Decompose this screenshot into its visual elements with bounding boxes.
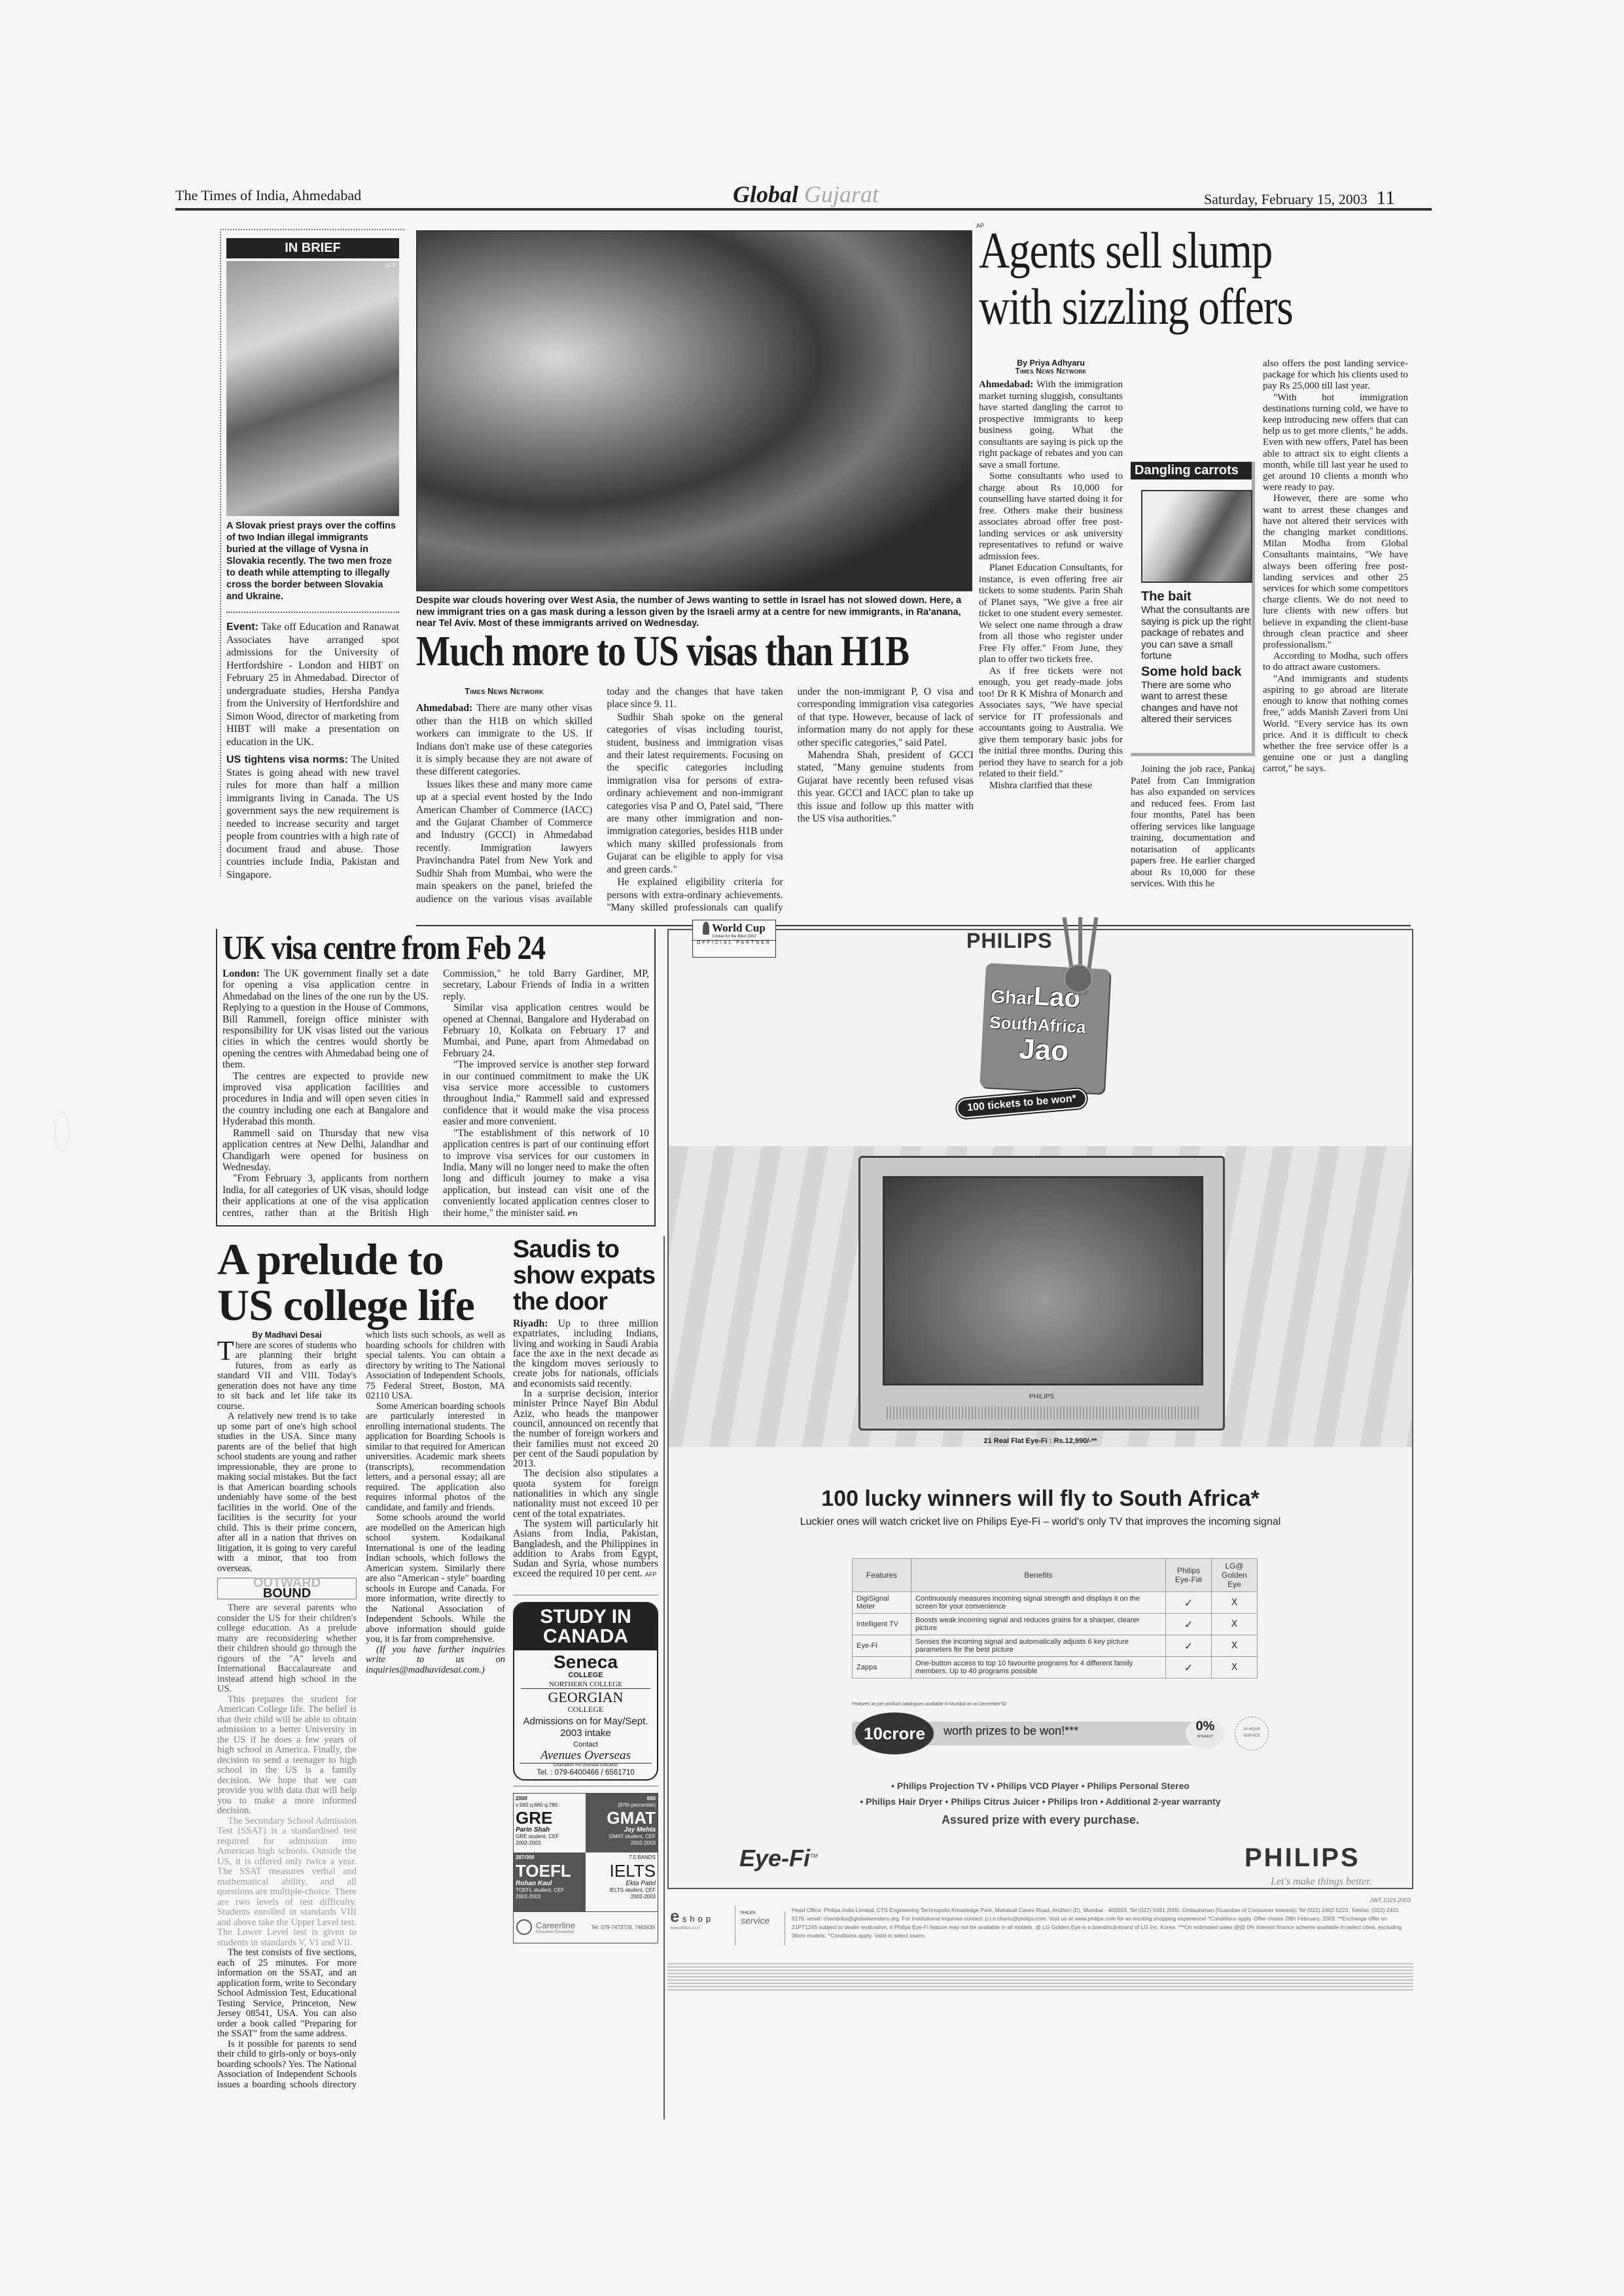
philips-logo-bottom: PHILIPS (1244, 1843, 1360, 1873)
israel-photo-caption: Despite war clouds hovering over West As… (416, 595, 972, 630)
check-icon: ✓ (1166, 1657, 1212, 1679)
saudi-column: Saudis to show expats the door Riyadh: U… (513, 1236, 665, 2119)
agents-col-3: also offers the post landing service-pac… (1263, 358, 1408, 775)
prelude-headline: A prelude to US college life (217, 1236, 474, 1328)
prelude-footnote: (If you have further inquiries write to … (366, 1645, 505, 1676)
masthead-rule (175, 208, 1432, 211)
service-seal-icon: 24 HOUR SERVICE (1235, 1716, 1269, 1750)
table-row: Zappa One-button access to top 10 favour… (853, 1657, 1258, 1679)
outward-bound-pullquote: OUTWARD BOUND (217, 1578, 357, 1599)
sidebar-head-holdback: Some hold back (1141, 665, 1252, 680)
in-brief-column: IN BRIEF AFP A Slovak priest prays over … (220, 229, 404, 877)
sidebar-title: Dangling carrots (1131, 462, 1252, 479)
sidebar-text-bait: What the consultants are saying is pick … (1141, 604, 1252, 662)
table-header-row: Features Benefits Philips Eye-Fi# LG@ Go… (853, 1559, 1258, 1592)
table-footnote: Features as per product catalogues avail… (852, 1702, 1006, 1707)
ten-crore-badge: 10crore (855, 1713, 934, 1754)
eshop-logo: e shop www.philips.co.in (670, 1906, 735, 1945)
masthead-section: Global Gujarat (733, 181, 879, 208)
college-seneca: Seneca (514, 1653, 657, 1671)
ad-code: JWT.1029.2003 (1369, 1897, 1411, 1904)
philips-tagline: Let's make things better. (1271, 1876, 1372, 1888)
feature-comparison-table: Features Benefits Philips Eye-Fi# LG@ Go… (852, 1558, 1258, 1679)
careerline-logo-icon (516, 1919, 532, 1935)
score-tile-gmat: 660 (97th percentile) GMAT Jay Mehta GMA… (586, 1794, 658, 1852)
agents-col-1: By Priya Adhyaru Times News Network Ahme… (979, 358, 1123, 791)
saudi-headline: Saudis to show expats the door (513, 1236, 658, 1315)
canada-banner-1: STUDY IN (514, 1607, 657, 1627)
score-tile-ielts: 7.5 BANDS IELTS Ekta Patel IELTS student… (586, 1852, 658, 1911)
avenues-overseas-logo: Avenues Overseas (520, 1748, 652, 1764)
fineprint-text: Head Office: Philips India Limited, CTS … (792, 1906, 1407, 1940)
agents-col-2: Joining the job race, Pankaj Patel from … (1131, 764, 1255, 890)
philips-fineprint-strip: JWT.1029.2003 e shop www.philips.co.in P… (667, 1897, 1413, 1995)
college-northern: NORTHERN COLLEGE (521, 1680, 650, 1689)
careerline-brand: Careerline (536, 1921, 575, 1930)
philips-brand-top: PHILIPS (966, 929, 1052, 953)
check-icon: ✓ (1166, 1635, 1212, 1657)
uk-visa-box: UK visa centre from Feb 24 London: The U… (216, 929, 656, 1226)
careerline-phone: Tel: 079-7473728, 7483439 (591, 1924, 655, 1930)
product-price: 21 Real Flat Eye-Fi : Rs.12,990/-** (669, 1437, 1412, 1445)
prizes-line-1: • Philips Projection TV • Philips VCD Pl… (669, 1781, 1412, 1791)
score-tile-toefl: 287/300 TOEFL Rohan Kaul TOEFL student, … (514, 1852, 586, 1911)
tv-speaker-grille (887, 1406, 1201, 1419)
agents-headline: Agents sell slump with sizzling offers (979, 222, 1292, 335)
drop-cap: T (217, 1341, 234, 1362)
sidebar-head-bait: The bait (1141, 589, 1252, 604)
tickets-pill: 100 tickets to be won* (956, 1088, 1087, 1119)
consultant-photo (1141, 490, 1252, 583)
college-georgian: GEORGIAN (514, 1690, 657, 1705)
service-logo: PHILIPS service (741, 1911, 785, 1945)
in-brief-item-event: Event: Take off Education and Ranawat As… (226, 621, 399, 748)
check-icon: ✓ (1166, 1614, 1212, 1635)
canada-banner-2: CANADA (514, 1627, 657, 1646)
e-icon: e (670, 1906, 679, 1926)
tv-brand: PHILIPS (860, 1393, 1223, 1400)
stumps-icon (1068, 917, 1094, 1009)
ad-headline: 100 lucky winners will fly to South Afri… (669, 1486, 1412, 1512)
score-tile-gre: 2000 v:560 q:660 q:780 GRE Parin Shah GR… (514, 1794, 586, 1852)
masthead-left: The Times of India, Ahmedabad (175, 187, 361, 204)
h1b-agency: Times News Network (416, 686, 592, 698)
assured-prize: Assured prize with every purchase. (669, 1813, 1412, 1827)
table-row: Eye-Fi Senses the incoming signal and au… (853, 1635, 1258, 1657)
in-brief-photo-caption: A Slovak priest prays over the coffins o… (226, 520, 399, 602)
in-brief-photo: AFP (226, 261, 399, 516)
prizes-line-2: • Philips Hair Dryer • Philips Citrus Ju… (669, 1796, 1412, 1807)
sidebar-text-holdback: There are some who want to arrest these … (1141, 680, 1252, 725)
in-brief-divider (226, 612, 399, 613)
section-global: Global (733, 181, 798, 207)
cross-icon: X (1212, 1614, 1258, 1635)
prize-bar-text: worth prizes to be won!*** (944, 1724, 1078, 1738)
eye-fi-logo: Eye-FiTM (739, 1845, 818, 1872)
agents-byline: By Priya Adhyaru (979, 358, 1123, 368)
world-cup-badge: World Cup Cricket for the Blind 2002 OFF… (692, 920, 776, 958)
uk-visa-headline: UK visa centre from Feb 24 (222, 929, 590, 968)
canada-ad-phone: Tel. : 079-6400466 / 6561710 (514, 1769, 657, 1777)
saudi-agency: AFP (645, 1571, 657, 1578)
cross-icon: X (1212, 1592, 1258, 1614)
issue-date: Saturday, February 15, 2003 (1204, 191, 1368, 207)
dangling-carrots-sidebar: Dangling carrots The bait What the consu… (1131, 462, 1255, 756)
page-margin-mark (55, 1112, 69, 1151)
agents-agency: Times News Network (979, 368, 1123, 375)
dealer-list-fineprint (667, 1962, 1413, 1992)
trophy-icon (703, 922, 709, 935)
table-row: DigiSignal Meter Continuously measures i… (853, 1592, 1258, 1614)
ad-subhead: Luckier ones will watch cricket live on … (669, 1516, 1412, 1528)
tv-screen-cricket (883, 1176, 1203, 1385)
philips-ad[interactable]: World Cup Cricket for the Blind 2002 OFF… (667, 929, 1413, 1889)
philips-tv: PHILIPS (858, 1156, 1225, 1431)
photo-credit: AFP (385, 262, 397, 269)
admissions-text: Admissions on for May/Sept. 2003 intake (517, 1716, 654, 1739)
prelude-body: By Madhavi Desai There are scores of stu… (217, 1331, 505, 2122)
uk-agency: PTI (568, 1211, 577, 1217)
study-in-canada-ad[interactable]: STUDY IN CANADA Seneca COLLEGE NORTHERN … (513, 1595, 658, 1786)
page-number: 11 (1376, 187, 1395, 209)
israel-gas-mask-photo: AP (416, 230, 972, 591)
masthead-date: Saturday, February 15, 2003 11 (1204, 187, 1395, 209)
top-section-rule (416, 925, 1411, 926)
cross-icon: X (1212, 1635, 1258, 1657)
check-icon: ✓ (1166, 1592, 1212, 1614)
table-row: Intelligent TV Boosts weak incoming sign… (853, 1614, 1258, 1635)
in-brief-label: IN BRIEF (226, 238, 399, 258)
section-gujarat: Gujarat (804, 181, 879, 207)
zero-interest-badge: 0% INTEREST (1186, 1718, 1225, 1749)
h1b-headline: Much more to US visas than H1B (416, 628, 909, 675)
prelude-byline: By Madhavi Desai (217, 1331, 357, 1341)
in-brief-item-us-visa: US tightens visa norms: The United State… (226, 754, 399, 881)
h1b-body: Times News Network Ahmedabad: There are … (416, 686, 974, 921)
careerline-ad[interactable]: 2000 v:560 q:660 q:780 GRE Parin Shah GR… (513, 1786, 658, 1943)
cross-icon: X (1212, 1657, 1258, 1679)
